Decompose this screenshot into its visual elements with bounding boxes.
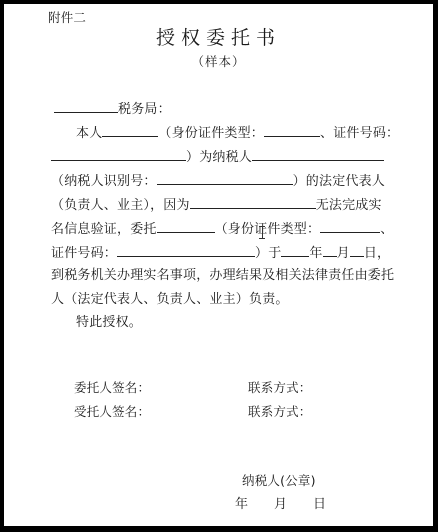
closing-text: 特此授权。	[76, 315, 142, 331]
paragraph-line-2: ）为纳税人	[51, 148, 384, 166]
text: 无法完成实	[316, 198, 382, 213]
tax-bureau-blank[interactable]	[54, 100, 118, 113]
text: ）于	[255, 246, 281, 261]
taxpayer-id-blank[interactable]	[157, 172, 293, 185]
agent-signature-label: 受托人签名：	[74, 404, 150, 420]
text: 名信息验证，委托	[51, 222, 157, 237]
text: （身份证件类型：	[158, 126, 264, 141]
text: 、	[380, 222, 393, 237]
text: （纳税人识别号：	[51, 174, 157, 189]
reason-blank[interactable]	[190, 196, 316, 209]
date-month-label: 月	[274, 497, 287, 513]
text: 年	[309, 246, 322, 261]
attachment-label: 附件二	[48, 10, 86, 26]
agent-contact-label: 联系方式：	[248, 404, 312, 420]
principal-name-blank[interactable]	[102, 124, 158, 137]
text: 证件号码：	[51, 246, 117, 261]
paragraph-line-3: （纳税人识别号：）的法定代表人	[51, 172, 385, 190]
principal-contact-label: 联系方式：	[248, 380, 312, 396]
text: ）的法定代表人	[293, 174, 385, 189]
document-subtitle: （样本）	[4, 54, 433, 70]
text: 月	[337, 246, 350, 261]
text: （身份证件类型：	[215, 222, 321, 237]
year-blank[interactable]	[281, 244, 309, 257]
agent-name-blank[interactable]	[157, 220, 215, 233]
text: ）为纳税人	[186, 150, 252, 165]
document-page: 附件二 授权委托书 （样本） 税务局： 本人（身份证件类型：、证件号码： ）为纳…	[4, 4, 433, 526]
date-day-label: 日	[313, 497, 326, 513]
text: 本人	[76, 126, 102, 141]
day-blank[interactable]	[350, 244, 364, 257]
id-number-blank[interactable]	[51, 148, 186, 161]
date-year-label: 年	[235, 497, 248, 513]
principal-signature-label: 委托人签名：	[74, 380, 150, 396]
paragraph-line-1: 本人（身份证件类型：、证件号码：	[76, 124, 399, 142]
paragraph-line-5: 名信息验证，委托（身份证件类型：、	[51, 220, 393, 238]
taxpayer-seal-label: 纳税人(公章)	[242, 473, 316, 489]
taxpayer-name-blank[interactable]	[252, 148, 384, 161]
paragraph-line-4: （负责人、业主），因为无法完成实	[51, 196, 382, 214]
addressee-line: 税务局：	[54, 100, 171, 118]
agent-id-number-blank[interactable]	[117, 244, 255, 257]
document-title: 授权委托书	[4, 26, 433, 50]
id-type-blank[interactable]	[264, 124, 320, 137]
text: 、证件号码：	[320, 126, 399, 141]
addressee-suffix: 税务局：	[118, 102, 171, 117]
paragraph-line-7: 到税务机关办理实名事项，办理结果及相关法律责任由委托	[51, 268, 394, 284]
paragraph-line-8: 人（法定代表人、负责人、业主）负责。	[51, 292, 289, 308]
text: 日，	[364, 246, 390, 261]
paragraph-line-6: 证件号码：）于年月日，	[51, 244, 390, 262]
text: （负责人、业主），因为	[51, 198, 190, 213]
text-cursor-icon	[259, 226, 265, 239]
agent-id-type-blank[interactable]	[320, 220, 380, 233]
month-blank[interactable]	[323, 244, 337, 257]
